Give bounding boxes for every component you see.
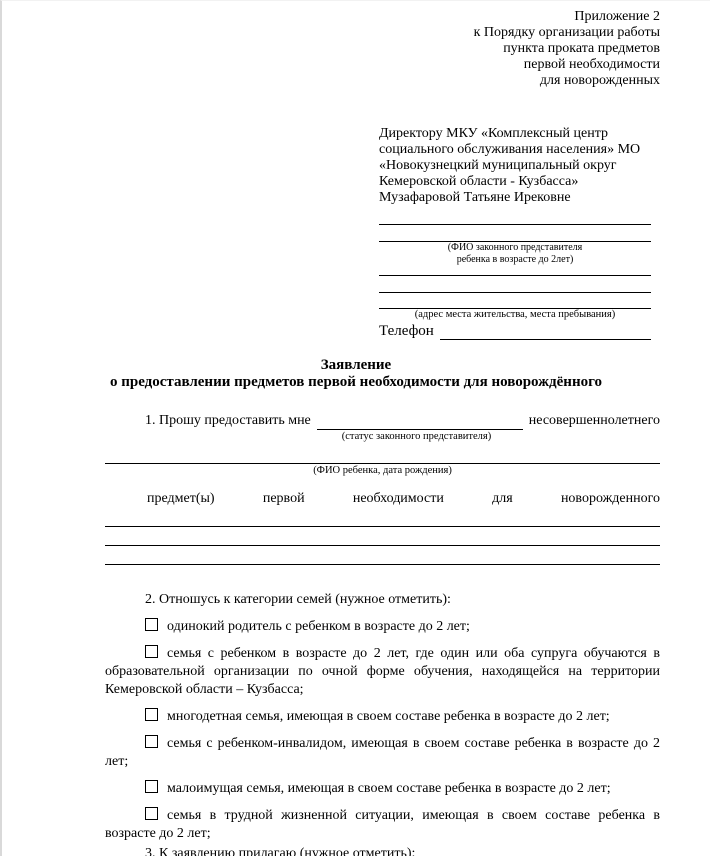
category-item-label: семья в трудной жизненной ситуации, имею… <box>105 808 660 841</box>
checkbox-icon[interactable] <box>145 645 158 658</box>
items-phrase-word: первой <box>263 490 305 508</box>
items-phrase-word: для <box>492 490 513 508</box>
document-title-line: Заявление <box>2 357 710 374</box>
document-title-line: о предоставлении предметов первой необхо… <box>2 374 710 391</box>
checkbox-icon[interactable] <box>145 735 158 748</box>
category-item: семья с ребенком-инвалидом, имеющая в св… <box>105 735 660 771</box>
appendix-note-line: пункта проката предметов <box>2 41 660 57</box>
addressee-line: Музафаровой Татьяне Ирековне <box>379 190 669 206</box>
category-item: малоимущая семья, имеющая в своем состав… <box>105 780 660 798</box>
items-phrase: предмет(ы) первой необходимости для ново… <box>105 490 660 508</box>
category-item: многодетная семья, имеющая в своем соста… <box>105 708 660 726</box>
checkbox-icon[interactable] <box>145 807 158 820</box>
category-item: семья с ребенком в возрасте до 2 лет, гд… <box>105 645 660 699</box>
items-fill-in-line[interactable] <box>105 508 660 527</box>
addressee-block: Директору МКУ «Комплексный центр социаль… <box>379 126 669 206</box>
category-item: одинокий родитель с ребенком в возрасте … <box>105 618 660 636</box>
phone-label: Телефон <box>379 323 434 340</box>
category-item-label: малоимущая семья, имеющая в своем состав… <box>167 781 611 796</box>
addressee-line: Кемеровской области - Кузбасса» <box>379 174 669 190</box>
request-suffix-text: несовершеннолетнего <box>529 412 660 430</box>
appendix-note-line: к Порядку организации работы <box>2 25 660 41</box>
appendix-note-line: для новорожденных <box>2 73 660 89</box>
items-phrase-word: необходимости <box>353 490 444 508</box>
category-item-label: многодетная семья, имеющая в своем соста… <box>167 709 610 724</box>
phone-field-row: Телефон <box>379 323 651 340</box>
checkbox-icon[interactable] <box>145 618 158 631</box>
appendix-note-line: Приложение 2 <box>2 9 660 25</box>
checkbox-icon[interactable] <box>145 708 158 721</box>
category-item-label: семья с ребенком в возрасте до 2 лет, гд… <box>105 646 660 697</box>
document-page: Приложение 2 к Порядку организации работ… <box>0 0 710 856</box>
status-fill-in-line[interactable] <box>317 414 523 430</box>
category-item-label: одинокий родитель с ребенком в возрасте … <box>167 619 470 634</box>
fio-caption: (ФИО законного представителя <box>379 242 651 254</box>
items-fill-in-line[interactable] <box>105 527 660 546</box>
address-fill-in-line[interactable] <box>379 293 651 309</box>
applicant-fields-block: (ФИО законного представителя ребенка в в… <box>379 210 651 340</box>
category-item-label: семья с ребенком-инвалидом, имеющая в св… <box>105 736 660 769</box>
items-fill-in-line[interactable] <box>105 546 660 565</box>
category-item: семья в трудной жизненной ситуации, имею… <box>105 807 660 843</box>
appendix-note-line: первой необходимости <box>2 57 660 73</box>
fio-fill-in-line[interactable] <box>379 210 651 225</box>
document-title: Заявление о предоставлении предметов пер… <box>2 357 710 391</box>
addressee-line: Директору МКУ «Комплексный центр <box>379 126 669 142</box>
fio-fill-in-line[interactable] <box>379 225 651 242</box>
appendix-note: Приложение 2 к Порядку организации работ… <box>2 9 660 89</box>
child-fill-in-line[interactable] <box>105 443 660 464</box>
fio-caption: ребенка в возрасте до 2лет) <box>379 254 651 266</box>
section2-heading: 2. Отношусь к категории семей (нужное от… <box>105 591 660 609</box>
phone-fill-in-line[interactable] <box>440 324 651 340</box>
document-body: 1. Прошу предоставить мне несовершенноле… <box>105 412 660 856</box>
items-phrase-word: новорожденного <box>561 490 660 508</box>
request-sentence: 1. Прошу предоставить мне несовершенноле… <box>105 412 660 430</box>
address-fill-in-line[interactable] <box>379 266 651 276</box>
items-phrase-word: предмет(ы) <box>147 490 215 508</box>
addressee-line: «Новокузнецкий муниципальный округ <box>379 158 669 174</box>
section3-heading: 3. К заявлению прилагаю (нужное отметить… <box>105 845 660 856</box>
addressee-line: социального обслуживания населения» МО <box>379 142 669 158</box>
checkbox-icon[interactable] <box>145 780 158 793</box>
request-prefix-text: 1. Прошу предоставить мне <box>105 412 311 430</box>
status-caption: (статус законного представителя) <box>105 430 660 443</box>
address-fill-in-line[interactable] <box>379 276 651 293</box>
address-caption: (адрес места жительства, места пребывани… <box>379 309 651 321</box>
child-caption: (ФИО ребенка, дата рождения) <box>105 464 660 477</box>
